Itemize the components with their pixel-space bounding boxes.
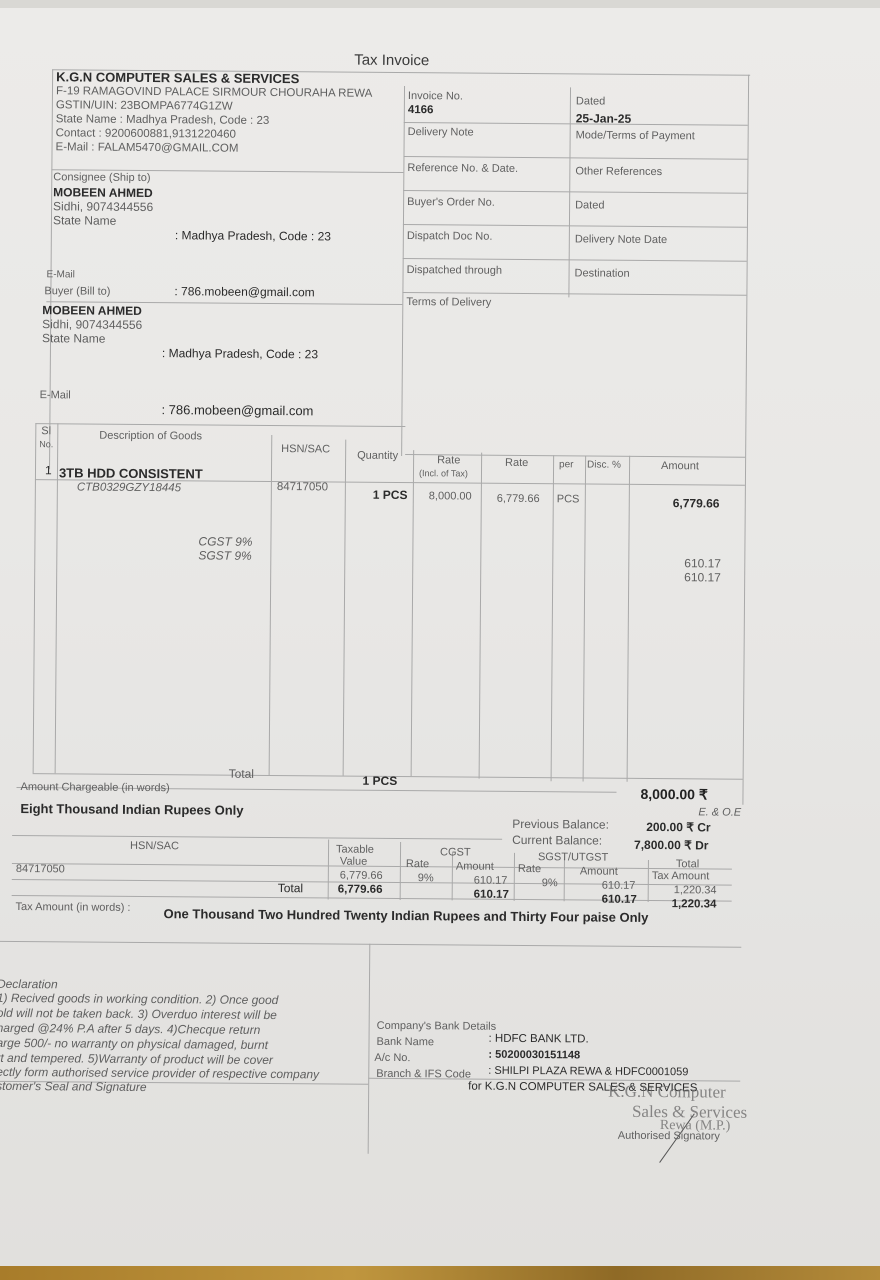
delivery-note-label: Delivery Note [408, 126, 474, 139]
consignee-state-value: : Madhya Pradesh, Code : 23 [175, 228, 331, 243]
buyer-email-label: E-Mail [40, 389, 71, 401]
meta-row-6 [402, 292, 746, 296]
tax-header-cgst-rate: Rate [406, 858, 429, 870]
previous-balance-label: Previous Balance: [512, 817, 609, 832]
tax-header-sgst-rate: Rate [518, 863, 541, 875]
consignee-heading: Consignee (Ship to) [53, 171, 150, 184]
items-top-border [35, 423, 405, 427]
current-balance-value: 7,800.00 ₹ Dr [634, 838, 708, 853]
terms-delivery-label: Terms of Delivery [406, 296, 491, 309]
row-quantity: 1 PCS [373, 488, 408, 502]
invoice-no-value: 4166 [408, 104, 434, 116]
header-rate: Rate [505, 457, 528, 469]
tax-words-label: Tax Amount (in words) : [16, 901, 131, 914]
account-label: A/c No. [374, 1052, 410, 1064]
col-sl-left [33, 423, 37, 773]
row-per: PCS [557, 493, 580, 505]
customer-seal-label: stomer's Seal and Signature [0, 1079, 147, 1094]
cgst-amount: 610.17 [684, 556, 721, 570]
total-quantity: 1 PCS [363, 774, 398, 788]
col-sl-right [55, 423, 59, 773]
header-description: Description of Goods [99, 430, 202, 443]
meta-row-2 [403, 156, 747, 160]
consignee-state-label: State Name [53, 213, 116, 227]
dated-value: 25-Jan-25 [576, 111, 631, 125]
tax-summary-top-border [12, 835, 502, 840]
bank-left-border [368, 944, 371, 1154]
seller-state: State Name : Madhya Pradesh, Code : 23 [56, 113, 270, 127]
mode-terms-label: Mode/Terms of Payment [576, 129, 695, 142]
buyer-name: MOBEEN AHMED [42, 303, 142, 318]
consignee-name: MOBEEN AHMED [53, 185, 153, 200]
consignee-address: Sidhi, 9074344556 [53, 199, 153, 214]
tax-header-sgst: SGST/UTGST [538, 851, 608, 864]
tax-total-label: Total [278, 881, 303, 895]
tax-total-total: 1,220.34 [672, 898, 717, 910]
tax-header-cgst: CGST [440, 846, 471, 858]
tax-header-total-amount: Tax Amount [652, 870, 710, 882]
declaration-line-3: harged @24% P.A after 5 days. 4)Checque … [0, 1021, 260, 1037]
row-rate: 6,779.66 [497, 493, 540, 505]
row-amount: 6,779.66 [673, 496, 720, 510]
authorised-signatory: Authorised Signatory [618, 1130, 720, 1143]
col-rateincl-right [479, 453, 483, 779]
header-per: per [559, 459, 574, 470]
col-qty-right [411, 450, 415, 776]
total-label: Total [229, 767, 254, 781]
meta-row-5 [403, 258, 747, 262]
dated-label: Dated [576, 95, 605, 107]
current-balance-label: Current Balance: [512, 833, 602, 848]
previous-balance-value: 200.00 ₹ Cr [646, 820, 710, 835]
amount-words-value: Eight Thousand Indian Rupees Only [20, 801, 243, 818]
buyer-state-label: State Name [42, 331, 105, 345]
declaration-line-4: arge 500/- no warranty on physical damag… [0, 1036, 268, 1052]
eoe-label: E. & O.E [698, 806, 741, 818]
tax-summary-total-row: Total 6,779.66 610.17 610.17 1,220.34 [5, 0, 880, 4]
invoice-no-label: Invoice No. [408, 90, 463, 102]
reference-label: Reference No. & Date. [407, 162, 518, 175]
tax-total-taxable: 6,779.66 [338, 884, 383, 896]
tax-header-total: Total [676, 858, 699, 870]
header-quantity: Quantity [357, 450, 398, 462]
seller-name: K.G.N COMPUTER SALES & SERVICES [56, 69, 299, 86]
tax-header-taxable-value: Value [340, 856, 367, 868]
order-dated-label: Dated [575, 199, 604, 211]
document-title: Tax Invoice [354, 52, 429, 70]
buyer-heading: Buyer (Bill to) [44, 285, 110, 298]
row-hsn: 84717050 [277, 481, 328, 493]
seller-email: E-Mail : FALAM5470@GMAIL.COM [55, 141, 238, 154]
tax-header-sgst-amount: Amount [580, 865, 618, 877]
consignee-email-label: E-Mail [47, 269, 75, 280]
declaration-top-border [0, 941, 741, 948]
tax-summary-row-divider [12, 863, 732, 870]
tax-col-5 [564, 859, 565, 901]
tax-row-taxable: 6,779.66 [340, 870, 383, 882]
tax-summary-row: 84717050 6,779.66 9% 610.17 9% 610.17 1,… [5, 0, 880, 4]
tax-words-value: One Thousand Two Hundred Twenty Indian R… [163, 906, 648, 925]
account-value: : 50200030151148 [488, 1049, 580, 1062]
col-rate-right [551, 455, 555, 781]
declaration-line-2: old will not be taken back. 3) Overduo i… [0, 1006, 277, 1022]
delivery-note-date-label: Delivery Note Date [575, 233, 667, 246]
total-amount: 8,000.00 ₹ [640, 786, 707, 804]
tax-row-cgst-amount: 610.17 [474, 875, 508, 887]
tax-header-cgst-amount: Amount [456, 860, 494, 872]
header-sl: Sl [41, 425, 51, 437]
row-description: 3TB HDD CONSISTENT [59, 465, 203, 481]
row-rate-incl: 8,000.00 [429, 490, 472, 502]
buyer-email-value: : 786.mobeen@gmail.com [161, 402, 313, 418]
other-references-label: Other References [575, 165, 662, 178]
tax-col-6 [648, 860, 649, 902]
tax-row-hsn: 84717050 [16, 863, 65, 875]
bank-name-label: Bank Name [376, 1036, 434, 1048]
col-per-right [583, 455, 587, 781]
bank-name-value: : HDFC BANK LTD. [489, 1033, 589, 1046]
header-rate-incl-sub: (Incl. of Tax) [419, 468, 468, 478]
header-hsn: HSN/SAC [281, 443, 330, 455]
company-stamp-line1: K.G.N Computer [608, 1082, 726, 1103]
seller-address: F-19 RAMAGOVIND PALACE SIRMOUR CHOURAHA … [56, 85, 372, 99]
consignee-email-value: : 786.mobeen@gmail.com [174, 284, 314, 299]
tax-col-4 [514, 853, 515, 901]
col-desc-right [269, 435, 273, 775]
tax-col-3 [452, 852, 453, 900]
row-sl: 1 [45, 463, 52, 477]
col-disc-right [627, 456, 631, 782]
tax-invoice-document: Tax Invoice K.G.N COMPUTER SALES & SERVI… [0, 0, 880, 1204]
header-rate-incl: Rate [437, 454, 460, 466]
seller-contact: Contact : 9200600881,9131220460 [56, 127, 236, 140]
cgst-label: CGST 9% [198, 534, 252, 548]
tax-header-taxable: Taxable [336, 844, 374, 856]
tax-row-cgst-rate: 9% [418, 872, 434, 884]
tax-row-total: 1,220.34 [674, 884, 717, 896]
buyers-order-label: Buyer's Order No. [407, 196, 495, 209]
seller-gstin: GSTIN/UIN: 23BOMPA6774G1ZW [56, 99, 233, 112]
tax-header-hsn: HSN/SAC [130, 840, 179, 852]
tax-total-sgst: 610.17 [602, 894, 637, 906]
col-hsn-right [343, 440, 347, 776]
meta-row-4 [403, 224, 747, 228]
sgst-label: SGST 9% [198, 548, 251, 562]
meta-row-3 [403, 190, 747, 194]
amount-words-label: Amount Chargeable (in words) [20, 781, 169, 794]
table-surface [0, 1266, 880, 1280]
dispatch-doc-label: Dispatch Doc No. [407, 230, 493, 243]
declaration-heading: Declaration [0, 977, 58, 991]
table-row: 1 3TB HDD CONSISTENT CTB0329GZY18445 847… [5, 0, 880, 4]
meta-left-border [401, 86, 405, 456]
tax-col-2 [400, 842, 401, 900]
header-disc: Disc. % [587, 459, 621, 470]
header-no: No. [39, 439, 53, 449]
row-serial: CTB0329GZY18445 [77, 481, 181, 494]
tax-row-sgst-amount: 610.17 [602, 880, 636, 892]
declaration-line-1: 1) Recived goods in working condition. 2… [0, 991, 278, 1007]
tax-row-sgst-rate: 9% [542, 877, 558, 889]
header-amount: Amount [661, 460, 699, 472]
tax-total-cgst: 610.17 [474, 889, 509, 901]
branch-value: : SHILPI PLAZA REWA & HDFC0001059 [488, 1065, 688, 1079]
destination-label: Destination [575, 267, 630, 279]
buyer-state-value: : Madhya Pradesh, Code : 23 [162, 346, 318, 361]
bank-heading: Company's Bank Details [377, 1020, 497, 1033]
dispatched-through-label: Dispatched through [407, 264, 502, 277]
sgst-amount: 610.17 [684, 570, 721, 584]
frame-right [742, 75, 749, 805]
buyer-address: Sidhi, 9074344556 [42, 317, 142, 332]
tax-col-1 [328, 839, 329, 899]
